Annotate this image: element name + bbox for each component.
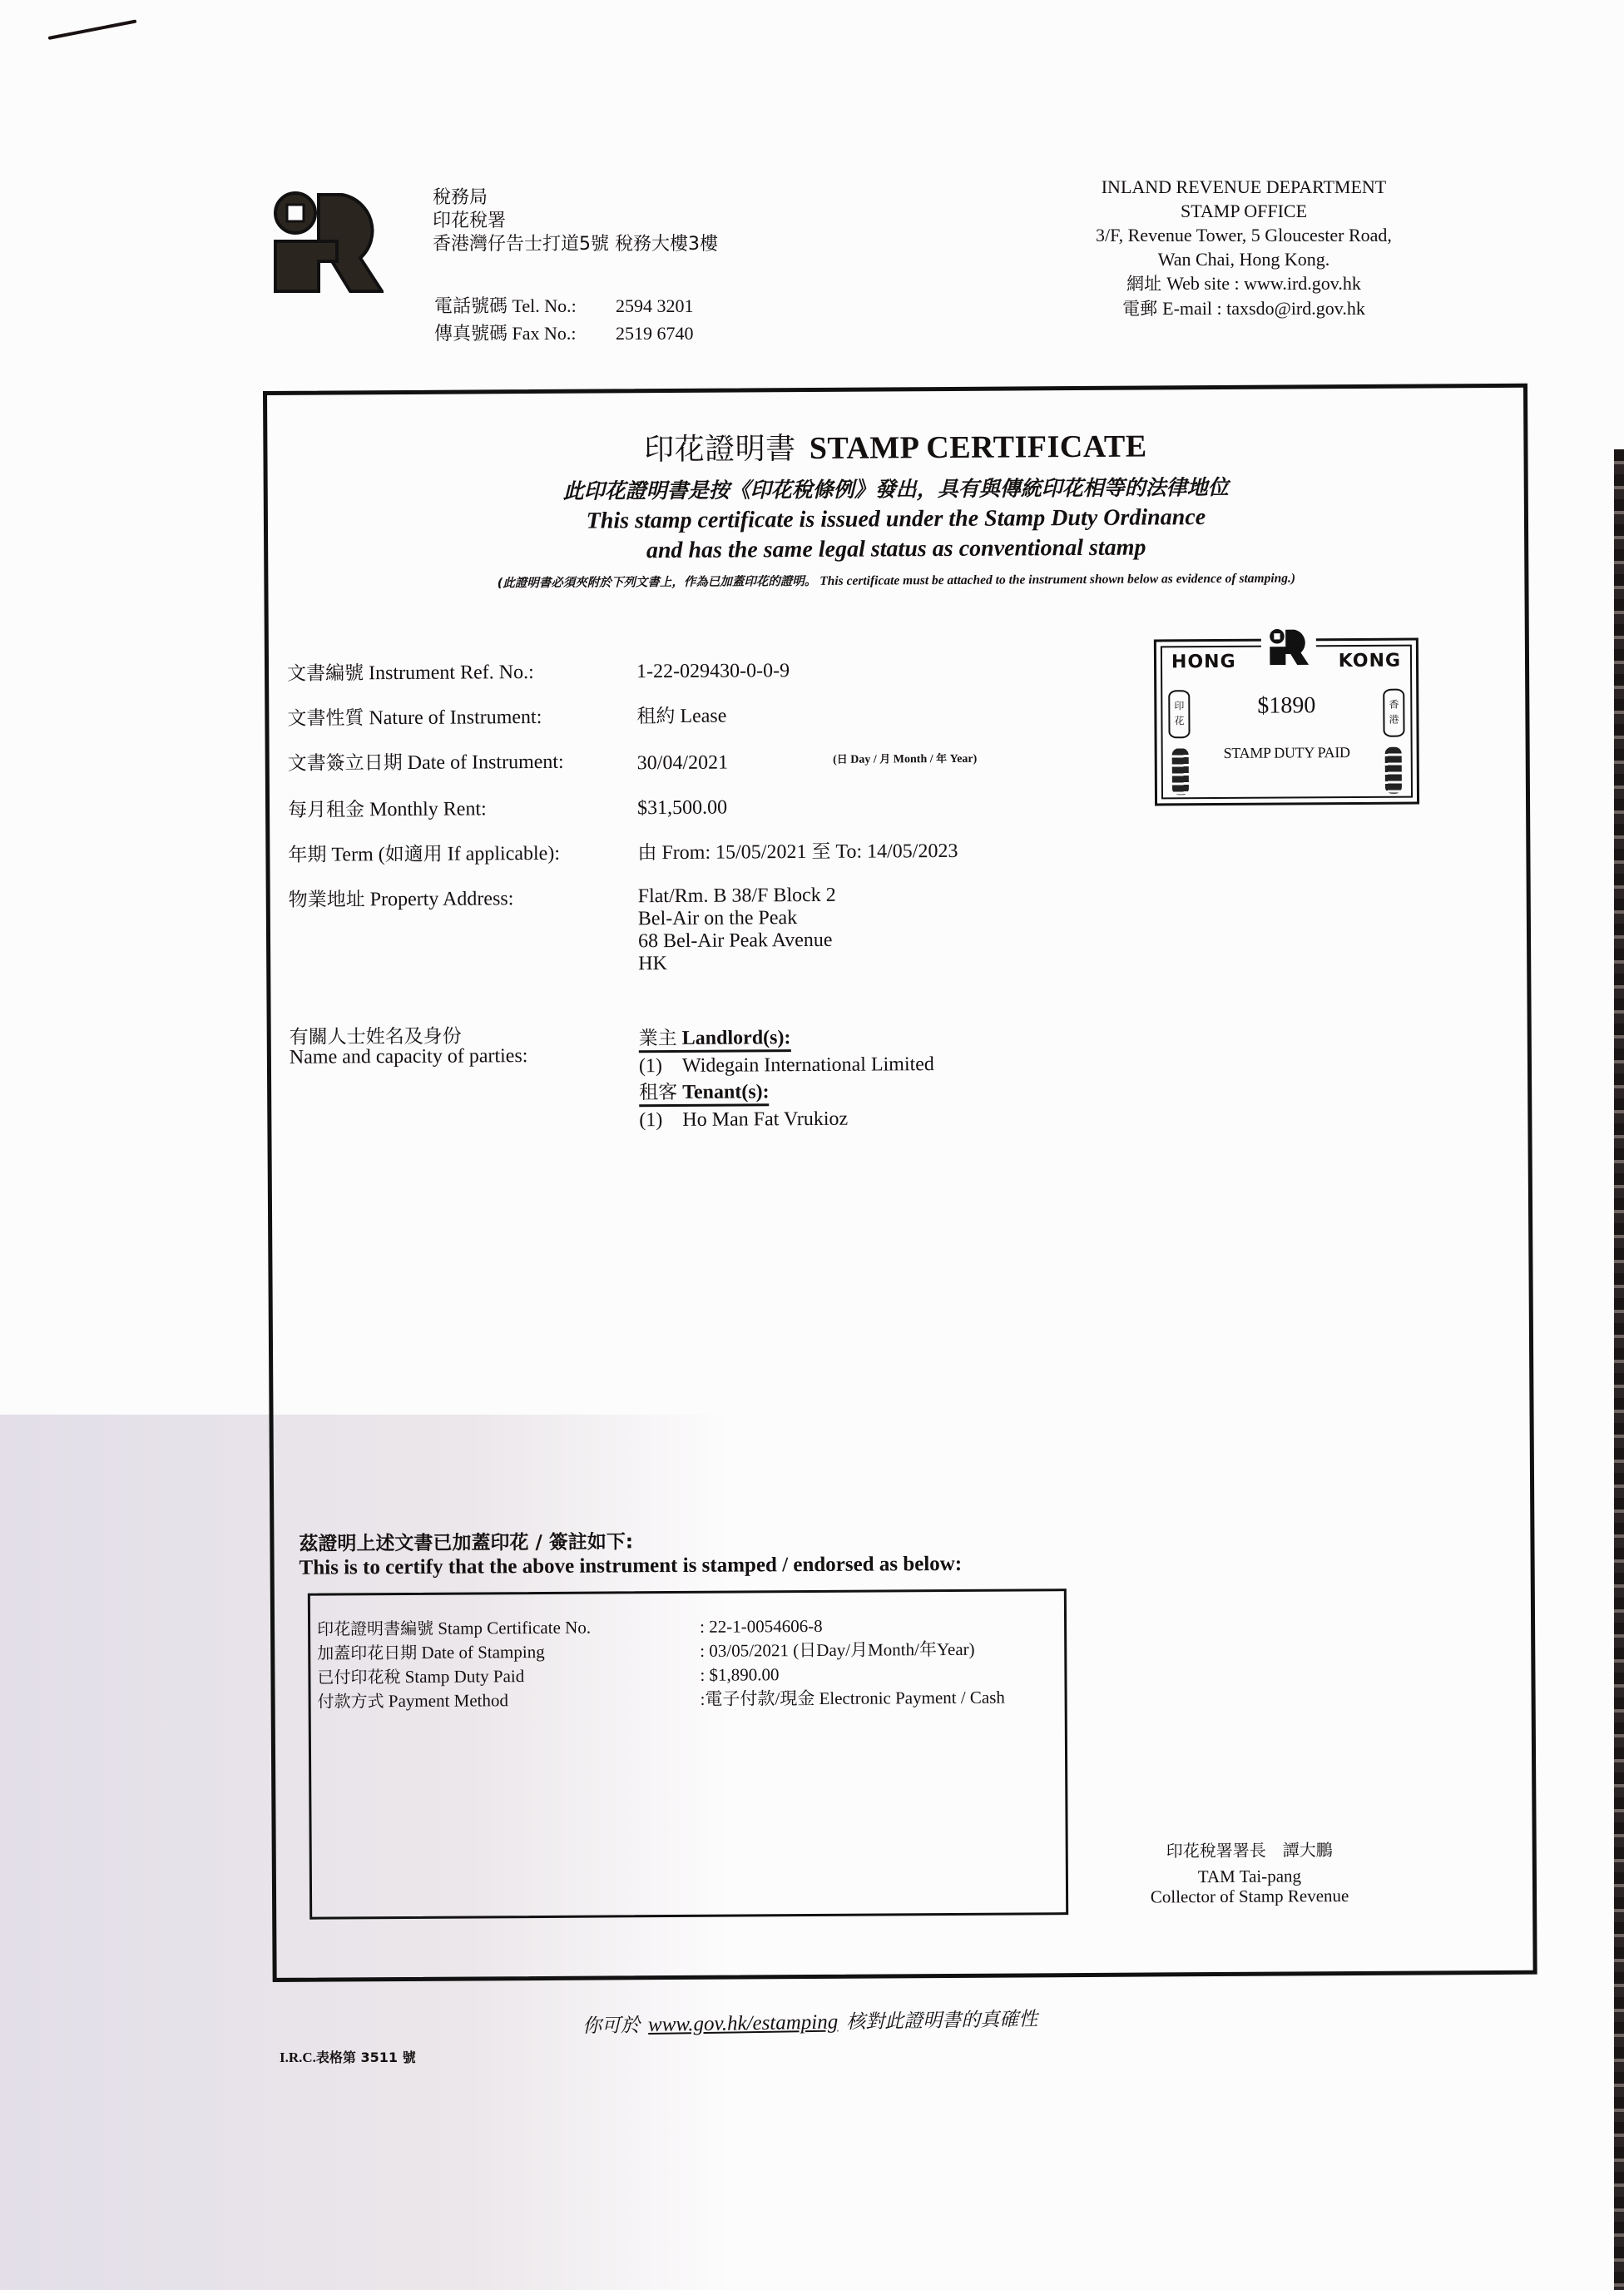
date-format-hint: (日 Day / 月 Month / 年 Year) <box>833 753 977 766</box>
dept-name: INLAND REVENUE DEPARTMENT <box>1044 175 1443 199</box>
ref-no-value: 1-22-029430-0-0-9 <box>636 657 1119 685</box>
payment-method: :電子付款/現金 Electronic Payment / Cash <box>701 1686 1005 1712</box>
collector-signature: 印花稅署署長 譚大鵬 TAM Tai-pang Collector of Sta… <box>1108 1836 1392 1907</box>
stamp-duty-paid-seal: HONG KONG 印花 香港 $1890 STAMP DUTY PAID <box>1154 638 1419 806</box>
endorsement-row: 付款方式 Payment Method:電子付款/現金 Electronic P… <box>318 1686 1005 1714</box>
header-office-name-cn: 印花稅署 <box>433 210 718 233</box>
fax-value: 2519 6740 <box>616 320 694 348</box>
office-address-1: 3/F, Revenue Tower, 5 Gloucester Road, <box>1044 223 1443 247</box>
term-to: To: 14/05/2023 <box>835 840 958 863</box>
hint-year-cn: 年 <box>936 753 947 766</box>
fax-label: Fax No.: <box>512 323 577 344</box>
title-cn: 印花證明書 <box>644 432 796 467</box>
email-label-cn: 電郵 <box>1122 299 1157 319</box>
header-office-cn: 稅務局 印花稅署 香港灣仔告士打道5號 稅務大樓3樓 <box>433 186 718 256</box>
field-property-address: 物業地址 Property Address: Flat/Rm. B 38/F B… <box>289 883 1121 978</box>
seal-hong: HONG <box>1171 652 1236 672</box>
website-row: 網址Web site : www.ird.gov.hk <box>1044 271 1443 296</box>
ird-logo-icon <box>1261 627 1316 666</box>
hint-day-cn: 日 <box>837 754 848 766</box>
hint-year: Year) <box>950 753 978 766</box>
header-address-cn: 香港灣仔告士打道5號 稅務大樓3樓 <box>433 233 718 256</box>
email-row: 電郵E-mail : taxsdo@ird.gov.hk <box>1044 296 1443 321</box>
estamping-link[interactable]: www.gov.hk/estamping <box>648 2010 839 2036</box>
office-name: STAMP OFFICE <box>1044 199 1443 223</box>
landlord-cn: 業主 <box>639 1028 677 1049</box>
key-en: Stamp Certificate No. <box>438 1618 591 1638</box>
verify-pre-cn: 你可於 <box>582 2015 640 2037</box>
nature-value: Lease <box>680 706 726 727</box>
landlord-item: (1)Widegain International Limited <box>639 1050 1121 1080</box>
note-en: This certificate must be attached to the… <box>819 571 1295 587</box>
label-en: Instrument Ref. No.: <box>369 662 534 684</box>
collector-title-cn: 印花稅署署長 譚大鵬 <box>1108 1836 1391 1862</box>
form-no-en: I.R.C. <box>280 2050 316 2065</box>
rent-value: $31,500.00 <box>637 793 1120 821</box>
key-en: Payment Method <box>389 1690 508 1711</box>
header-contacts: 電話號碼 Tel. No.: 2594 3201 傳真號碼 Fax No.: 2… <box>434 293 694 348</box>
tel-row: 電話號碼 Tel. No.: 2594 3201 <box>434 293 694 320</box>
pen-mark <box>48 19 137 40</box>
field-parties: 有關人士姓名及身份 Name and capacity of parties: … <box>290 1023 1122 1136</box>
endorsement-row: 加蓋印花日期 Date of Stamping: 03/05/2021 (日Da… <box>317 1638 1004 1666</box>
certify-statement-en: This is to certify that the above instru… <box>300 1553 963 1580</box>
form-number: I.R.C.表格第 3511 號 <box>280 2047 416 2066</box>
field-term: 年期 Term (如適用 If applicable): 由 From: 15/… <box>288 838 1120 868</box>
hint-day: Day / <box>850 754 877 766</box>
key-en: Stamp Duty Paid <box>405 1666 525 1687</box>
key-cn: 付款方式 <box>318 1691 384 1711</box>
website-label-cn: 網址 <box>1126 274 1161 294</box>
seal-amount: $1890 <box>1156 692 1416 721</box>
landlord-en: Landlord(s): <box>682 1027 791 1049</box>
field-nature: 文書性質 Nature of Instrument: 租約 Lease <box>287 701 1119 731</box>
instrument-fields: 文書編號 Instrument Ref. No.: 1-22-029430-0-… <box>287 657 1122 1156</box>
endorsement-rows: 印花證明書編號 Stamp Certificate No.: 22-1-0054… <box>317 1613 1005 1714</box>
label-cn: 每月租金 <box>288 799 364 821</box>
party-num: (1) <box>639 1107 682 1133</box>
tenant-heading: 租客 Tenant(s): <box>639 1080 770 1107</box>
fax-row: 傳真號碼 Fax No.: 2519 6740 <box>434 320 694 348</box>
tenant-cn: 租客 <box>639 1082 677 1103</box>
seal-caption: STAMP DUTY PAID <box>1157 744 1417 763</box>
label-cn: 文書性質 <box>287 707 364 730</box>
label-cn-2: 如適用 <box>385 844 443 865</box>
label-cn: 文書編號 <box>287 662 364 685</box>
key-cn: 印花證明書編號 <box>317 1618 433 1639</box>
stamp-certificate-no: : 22-1-0054606-8 <box>700 1614 823 1639</box>
label-en: Property Address: <box>370 888 514 910</box>
email-link[interactable]: taxsdo@ird.gov.hk <box>1226 298 1365 319</box>
website-label: Web site : <box>1166 273 1239 294</box>
note-cn: (此證明書必須夾附於下列文書上，作為已加蓋印花的證明。 <box>498 575 817 590</box>
label-cn: 年期 <box>288 845 326 866</box>
date-value: 30/04/2021 <box>637 752 729 775</box>
key-en: Date of Stamping <box>421 1642 544 1663</box>
seal-kong: KONG <box>1339 651 1401 672</box>
hint-month: Month / <box>894 753 933 766</box>
office-address-2: Wan Chai, Hong Kong. <box>1044 247 1443 271</box>
party-name: Widegain International Limited <box>682 1053 934 1077</box>
header-dept-cn: 稅務局 <box>433 186 718 210</box>
label-en-2: If applicable): <box>448 843 560 865</box>
email-label: E-mail : <box>1162 298 1221 319</box>
label-en: Nature of Instrument: <box>369 706 542 729</box>
parties-list: 業主 Landlord(s): (1)Widegain Internationa… <box>639 1023 1122 1134</box>
stamp-duty-paid: : $1,890.00 <box>700 1663 779 1688</box>
endorsement-box: 印花證明書編號 Stamp Certificate No.: 22-1-0054… <box>308 1589 1068 1920</box>
background-edge <box>1614 449 1624 2290</box>
from-cn: 由 <box>637 842 656 864</box>
label-en: Date of Instrument: <box>408 751 564 774</box>
collector-name: TAM Tai-pang <box>1108 1866 1391 1887</box>
verify-post-cn: 核對此證明書的真確性 <box>846 2009 1037 2034</box>
address-line: 68 Bel-Air Peak Avenue <box>638 928 1121 954</box>
certificate-title: 印花證明書STAMP CERTIFICATE <box>267 421 1523 471</box>
field-date: 文書簽立日期 Date of Instrument: 30/04/2021 (日… <box>288 746 1120 778</box>
form-no-cn: 表格第 3511 號 <box>316 2050 416 2065</box>
ird-logo-icon <box>270 190 384 295</box>
tel-label: Tel. No.: <box>512 295 577 316</box>
landlord-heading: 業主 Landlord(s): <box>639 1026 791 1053</box>
label-cn: 有關人士姓名及身份 <box>290 1025 639 1048</box>
title-en: STAMP CERTIFICATE <box>810 429 1147 466</box>
to-cn: 至 <box>811 841 830 863</box>
hint-month-cn: 月 <box>879 753 890 766</box>
label-cn: 文書簽立日期 <box>288 752 403 775</box>
certificate-subtitle: 此印花證明書是按《印花稅條例》發出，具有與傳統印花相等的法律地位 This st… <box>268 471 1525 568</box>
address-line: Flat/Rm. B 38/F Block 2 <box>638 883 1121 909</box>
collector-title: Collector of Stamp Revenue <box>1108 1886 1391 1907</box>
website-link[interactable]: www.ird.gov.hk <box>1244 273 1361 294</box>
tenant-item: (1)Ho Man Fat Vrukioz <box>639 1104 1121 1134</box>
label-en: Monthly Rent: <box>369 798 487 820</box>
tenant-en: Tenant(s): <box>682 1081 770 1103</box>
label-en: Term ( <box>331 844 384 865</box>
tel-label-cn: 電話號碼 <box>434 296 507 317</box>
certificate-note: (此證明書必須夾附於下列文書上，作為已加蓋印花的證明。 This certifi… <box>270 568 1522 592</box>
key-cn: 加蓋印花日期 <box>317 1643 417 1663</box>
label-en: Name and capacity of parties: <box>290 1045 639 1068</box>
term-from: From: 15/05/2021 <box>661 841 806 864</box>
address-lines: Flat/Rm. B 38/F Block 2 Bel-Air on the P… <box>638 883 1121 976</box>
header-office-en: INLAND REVENUE DEPARTMENT STAMP OFFICE 3… <box>1044 175 1443 321</box>
key-cn: 已付印花稅 <box>317 1667 400 1688</box>
tel-value: 2594 3201 <box>616 293 694 320</box>
field-ref-no: 文書編號 Instrument Ref. No.: 1-22-029430-0-… <box>287 657 1119 687</box>
nature-value-cn: 租約 <box>636 706 675 727</box>
field-monthly-rent: 每月租金 Monthly Rent: $31,500.00 <box>288 793 1120 823</box>
address-line: HK <box>638 950 1121 976</box>
verification-note: 你可於www.gov.hk/estamping核對此證明書的真確性 <box>582 2004 1038 2039</box>
certify-statement-cn: 茲證明上述文書已加蓋印花 / 簽註如下: <box>299 1526 633 1555</box>
label-cn: 物業地址 <box>289 889 365 911</box>
party-name: Ho Man Fat Vrukioz <box>682 1108 848 1131</box>
party-num: (1) <box>639 1053 682 1079</box>
certificate-frame: 印花證明書STAMP CERTIFICATE 此印花證明書是按《印花稅條例》發出… <box>263 384 1537 1982</box>
date-of-stamping: : 03/05/2021 (日Day/月Month/年Year) <box>700 1638 975 1663</box>
address-line: Bel-Air on the Peak <box>638 905 1121 931</box>
fax-label-cn: 傳真號碼 <box>434 324 507 344</box>
